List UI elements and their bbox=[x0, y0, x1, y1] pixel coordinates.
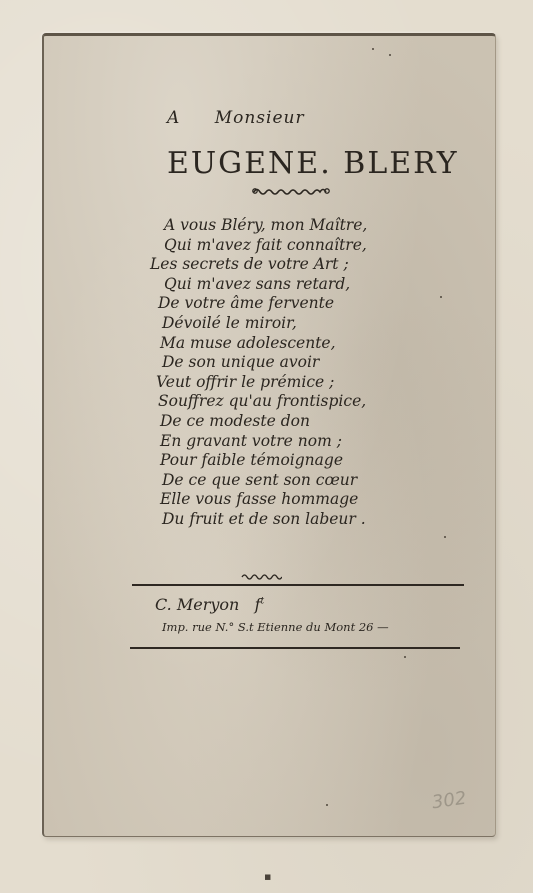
dedication-prefix: A bbox=[167, 108, 180, 128]
title-flourish-ornament bbox=[250, 186, 332, 196]
signature-name: C. Meryon bbox=[155, 595, 239, 614]
poem-line: Pour faible témoignage bbox=[150, 451, 450, 471]
poem-line: Qui m'avez sans retard, bbox=[150, 275, 450, 295]
poem-line: Elle vous fasse hommage bbox=[150, 490, 450, 510]
poem-line: En gravant votre nom ; bbox=[150, 432, 450, 452]
poem-line: De ce modeste don bbox=[150, 412, 450, 432]
printer-imprint: Imp. rue N.° S.t Etienne du Mont 26 — bbox=[162, 620, 389, 634]
poem-line: A vous Bléry, mon Maître, bbox=[150, 216, 450, 236]
small-flourish-ornament bbox=[240, 572, 282, 580]
collector-stamp-icon: ▪ bbox=[264, 870, 271, 883]
dedicatee-name: EUGENE. BLERY bbox=[167, 146, 459, 181]
bottom-divider-rule bbox=[130, 647, 460, 649]
poem-line: Dévoilé le miroir, bbox=[150, 314, 450, 334]
dedication-line: A Monsieur bbox=[167, 108, 305, 128]
paper-sheet: A Monsieur EUGENE. BLERY A vous Bléry, m… bbox=[0, 0, 533, 893]
poem-line: Ma muse adolescente, bbox=[150, 334, 450, 354]
poem-line: Souffrez qu'au frontispice, bbox=[150, 392, 450, 412]
signature-superscript: t bbox=[261, 597, 265, 607]
top-divider-rule bbox=[132, 584, 464, 586]
poem: A vous Bléry, mon Maître, Qui m'avez fai… bbox=[150, 216, 450, 530]
poem-line: De ce que sent son cœur bbox=[150, 471, 450, 491]
dedication-title: Monsieur bbox=[215, 108, 305, 128]
poem-line: Du fruit et de son labeur . bbox=[150, 510, 450, 530]
poem-line: Les secrets de votre Art ; bbox=[150, 255, 450, 275]
poem-line: De votre âme fervente bbox=[150, 294, 450, 314]
poem-line: Qui m'avez fait connaître, bbox=[150, 236, 450, 256]
poem-line: De son unique avoir bbox=[150, 353, 450, 373]
poem-line: Veut offrir le prémice ; bbox=[150, 373, 450, 393]
artist-signature: C. Meryon ft bbox=[155, 595, 264, 614]
